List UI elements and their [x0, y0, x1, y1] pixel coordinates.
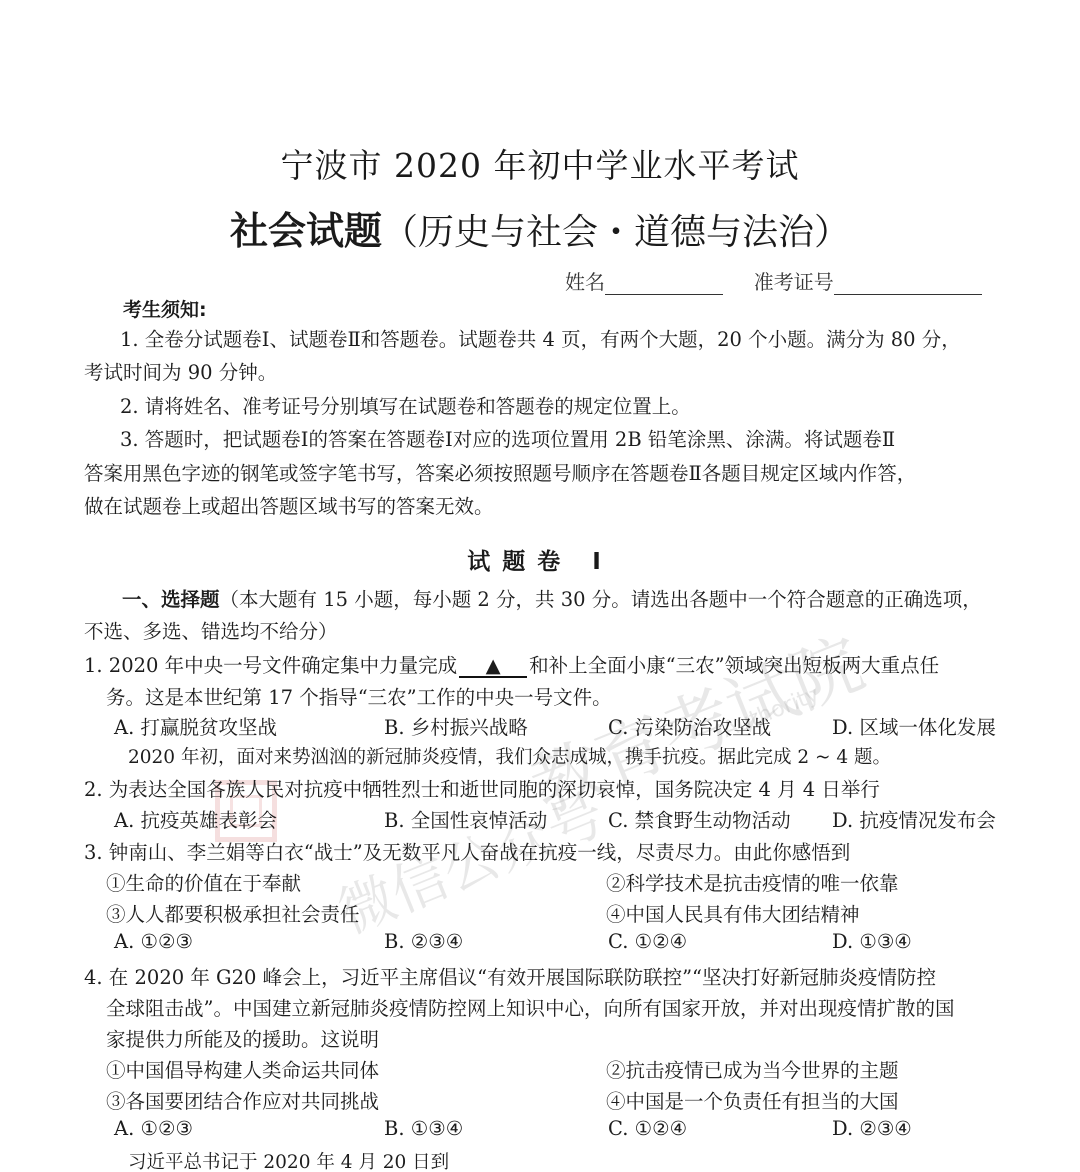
question-4-stem: 4. 在 2020 年 G20 峰会上，习近平主席倡议“有效开展国际联防联控”“…: [84, 962, 936, 990]
q1-option-c: C. 污染防治攻坚战: [608, 712, 771, 740]
q3-option-d: D. ①③④: [832, 930, 912, 953]
q1-option-d: D. 区域一体化发展: [832, 712, 996, 740]
q4-option-a: A. ①②③: [114, 1117, 193, 1140]
q3-statement-4: ④中国人民具有伟大团结精神: [606, 899, 860, 927]
q2-option-c: C. 禁食野生动物活动: [608, 805, 791, 833]
q1-option-b: B. 乡村振兴战略: [384, 712, 528, 740]
notice-item-3: 3. 答题时，把试题卷Ⅰ的答案在答题卷Ⅰ对应的选项位置用 2B 铅笔涂黑、涂满。…: [120, 423, 895, 457]
subject-title: 社会试题（历史与社会・道德与法治）: [0, 200, 1080, 255]
section-title: 试题卷 Ⅰ: [0, 543, 1080, 576]
exam-no-label: 准考证号: [754, 270, 834, 294]
part-label: 一、选择题: [122, 588, 220, 611]
exam-page: 教育考试院 Authority 微信公众号 宁波市 2020 年初中学业水平考试…: [0, 0, 1080, 1172]
question-1-stem: 1. 2020 年中央一号文件确定集中力量完成▲和补上全面小康“三农”领域突出短…: [84, 650, 939, 678]
question-3-stem: 3. 钟南山、李兰娟等白衣“战士”及无数平凡人奋战在抗疫一线，尽责尽力。由此你感…: [84, 837, 850, 865]
answer-blank-triangle-icon: ▲: [459, 656, 527, 678]
question-4-stem-cont2: 家提供力所能及的援助。这说明: [106, 1024, 379, 1052]
name-label: 姓名: [565, 270, 605, 294]
notice-item-2: 2. 请将姓名、准考证号分别填写在试题卷和答题卷的规定位置上。: [120, 390, 691, 424]
exam-title: 宁波市 2020 年初中学业水平考试: [0, 140, 1080, 187]
exam-no-blank: [834, 274, 982, 295]
q2-option-a: A. 抗疫英雄表彰会: [114, 805, 277, 833]
subject-sub: （历史与社会・道德与法治）: [382, 212, 850, 253]
q3-option-a: A. ①②③: [114, 930, 193, 953]
q4-statement-1: ①中国倡导构建人类命运共同体: [106, 1055, 379, 1083]
question-1-stem-cont: 务。这是本世纪第 17 个指导“三农”工作的中央一号文件。: [106, 682, 612, 710]
q4-option-c: C. ①②④: [608, 1117, 687, 1140]
q3-statement-3: ③人人都要积极承担社会责任: [106, 899, 360, 927]
q3-option-b: B. ②③④: [384, 930, 463, 953]
q2-option-b: B. 全国性哀悼活动: [384, 805, 547, 833]
notice-item-1: 1. 全卷分试题卷Ⅰ、试题卷Ⅱ和答题卷。试题卷共 4 页，有两个大题，20 个小…: [120, 323, 961, 357]
q2-option-d: D. 抗疫情况发布会: [832, 805, 996, 833]
q1-option-a: A. 打赢脱贫攻坚战: [114, 712, 277, 740]
q3-option-c: C. ①②④: [608, 930, 687, 953]
notice-item-3-cont: 答案用黑色字迹的钢笔或签字笔书写，答案必须按照题号顺序在答题卷Ⅱ各题目规定区域内…: [84, 457, 916, 491]
q4-option-d: D. ②③④: [832, 1117, 912, 1140]
q4-statement-4: ④中国是一个负责任有担当的大国: [606, 1086, 899, 1114]
notice-item-3-cont2: 做在试题卷上或超出答题区域书写的答案无效。: [84, 490, 494, 524]
question-2-stem: 2. 为表达全国各族人民对抗疫中牺牲烈士和逝世同胞的深切哀悼，国务院决定 4 月…: [84, 774, 880, 802]
part-desc: （本大题有 15 小题，每小题 2 分，共 30 分。请选出各题中一个符合题意的…: [220, 588, 982, 611]
q4-statement-2: ②抗击疫情已成为当今世界的主题: [606, 1055, 899, 1083]
next-intro: 习近平总书记于 2020 年 4 月 20 日到: [128, 1148, 449, 1172]
q4-option-b: B. ①③④: [384, 1117, 463, 1140]
candidate-id-line: 姓名 准考证号: [565, 266, 982, 295]
part-desc-cont: 不选、多选、错选均不给分）: [84, 615, 338, 649]
q3-statement-1: ①生命的价值在于奉献: [106, 868, 301, 896]
notice-item-1-cont: 考试时间为 90 分钟。: [84, 356, 277, 390]
q3-statement-2: ②科学技术是抗击疫情的唯一依靠: [606, 868, 899, 896]
part-intro: 一、选择题（本大题有 15 小题，每小题 2 分，共 30 分。请选出各题中一个…: [122, 583, 982, 617]
question-4-stem-cont: 全球阻击战”。中国建立新冠肺炎疫情防控网上知识中心，向所有国家开放，并对出现疫情…: [106, 993, 954, 1021]
group-intro: 2020 年初，面对来势汹汹的新冠肺炎疫情，我们众志成城，携手抗疫。据此完成 2…: [128, 743, 891, 769]
q4-statement-3: ③各国要团结合作应对共同挑战: [106, 1086, 379, 1114]
subject-main: 社会试题: [230, 209, 382, 253]
name-blank: [605, 274, 723, 295]
notice-heading: 考生须知:: [123, 295, 207, 322]
